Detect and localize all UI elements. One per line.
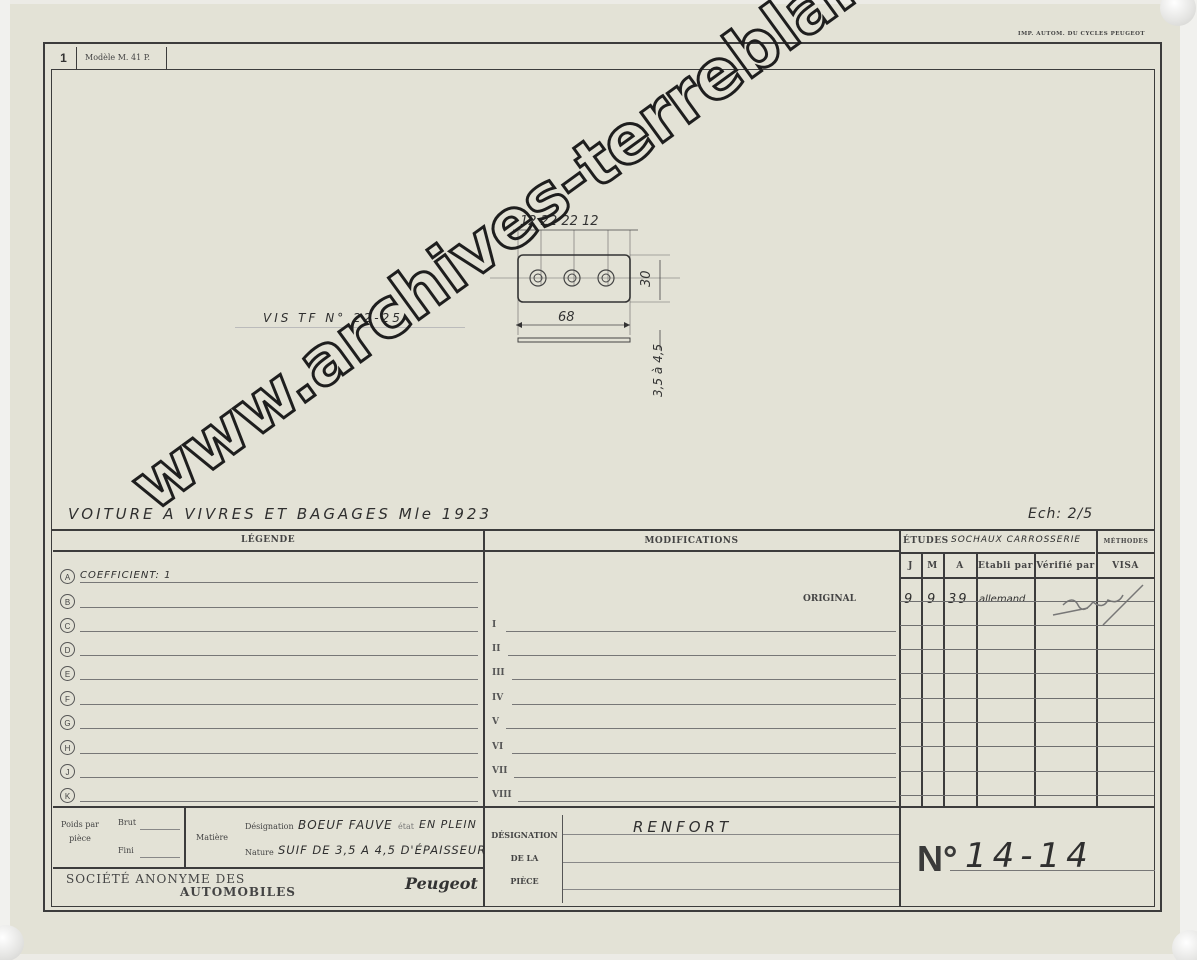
svg-text:30: 30 [639,270,654,287]
scan-edge-right [1180,0,1197,960]
legende-row-b: B [60,594,480,610]
legende-row-j: J [60,764,480,780]
date-year: 39 [948,592,969,607]
modifications-header: MODIFICATIONS [484,536,899,546]
model-label: Modèle M. 41 P. [77,47,167,69]
etat-label: état [398,822,414,831]
mod-row-3: III [492,666,896,682]
printer-note: IMP. AUTOM. DU CYCLES PEUGEOT [1018,31,1145,37]
col-visa: VISA [1097,561,1154,571]
part-designation: RENFORT [633,818,732,836]
mod-row-6: VI [492,740,896,756]
designation-piece-label1: DÉSIGNATION [487,830,562,840]
vehicle-title: VOITURE A VIVRES ET BAGAGES Mle 1923 [68,505,492,523]
legende-row-g: G [60,715,480,731]
matiere-label: Matière [196,833,228,842]
sheet-number: 1 [51,47,77,69]
svg-text:68: 68 [558,310,575,325]
col-m: M [922,561,943,571]
etudes-header: ÉTUDES [903,536,949,546]
designation-label: Désignation [245,822,294,831]
nature-label: Nature [245,848,274,857]
svg-text:3,5 à 4,5: 3,5 à 4,5 [651,344,665,397]
company-line1: SOCIÉTÉ ANONYME DES [66,872,245,886]
col-a: A [944,561,976,571]
etat-value: EN PLEIN [419,818,477,831]
legende-row-e: E [60,666,480,682]
signature [1048,580,1148,630]
legende-row-d: D [60,642,480,658]
legende-row-k: K [60,788,480,804]
company-line2: AUTOMOBILES [180,885,296,899]
poids-label: Poids par pièce [60,818,100,846]
designation-piece-label2: DE LA [487,853,562,863]
mod-row-8: VIII [492,788,896,804]
col-verifie: Vérifié par [1035,561,1096,571]
legende-row-f: F [60,691,480,707]
mod-row-7: VII [492,764,896,780]
mod-row-1: I [492,618,896,634]
nature-value: SUIF DE 3,5 A 4,5 D'ÉPAISSEUR [278,843,486,857]
col-j: J [900,561,921,571]
brut-label: Brut [118,818,136,827]
mod-row-5: V [492,715,896,731]
date-month: 9 [927,592,937,607]
fini-label: Fini [118,846,134,855]
legende-row-c: C [60,618,480,634]
original-label: ORIGINAL [803,594,856,604]
methodes-header: MÉTHODES [1098,538,1154,545]
designation-piece-label3: PIÈCE [487,876,562,886]
scale-label: Ech: 2/5 [1028,506,1093,522]
col-etabli: Etabli par [977,561,1034,571]
mod-row-2: II [492,642,896,658]
legende-row-h: H [60,740,480,756]
etudes-dept: SOCHAUX CARROSSERIE [951,535,1081,545]
peugeot-logo: Peugeot [405,874,478,893]
etabli-par: allemand [979,594,1025,605]
legende-header: LÉGENDE [53,535,483,545]
part-number-prefix: N° [917,838,957,880]
mod-row-4: IV [492,691,896,707]
part-number: 14-14 [965,836,1094,876]
scan-edge-left [0,0,10,960]
legende-row-a: ACOEFFICIENT: 1 [60,569,480,585]
designation-value: BOEUF FAUVE [298,818,393,832]
date-day: 9 [904,592,914,607]
